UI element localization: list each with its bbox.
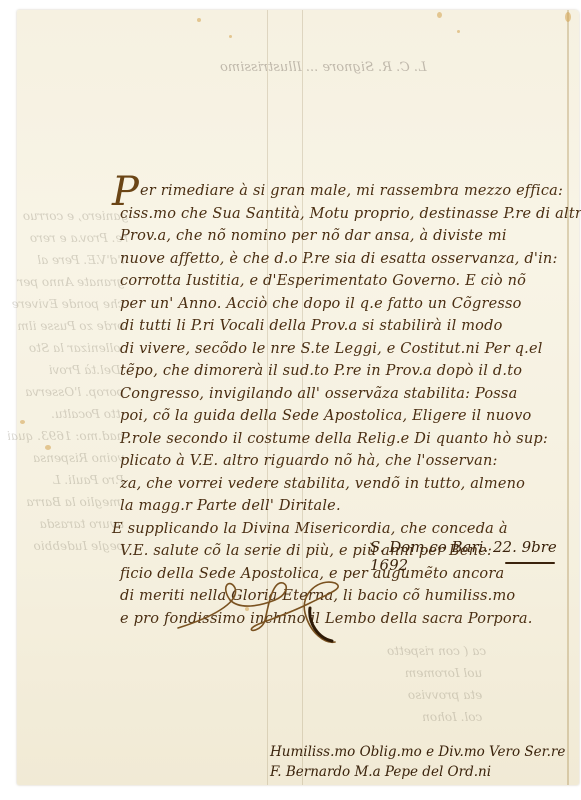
text-line: za, che vorrei vedere stabilita, vendõ i…	[120, 473, 570, 496]
text-line: Prov.a, che nõ nomino per nõ dar ansa, à…	[120, 225, 570, 248]
bleed-through-text: ganiero, e corruo re. Prov.a e rero l'd'…	[7, 205, 128, 557]
text-line: di vivere, secõdo le nre S.te Leggi, e C…	[120, 338, 570, 361]
foxing-spot	[229, 35, 232, 38]
monogram-flourish-icon: A. L. C.	[160, 578, 360, 658]
foxing-spot	[565, 12, 571, 22]
svg-text:A. L. C.: A. L. C.	[160, 578, 164, 579]
foxing-spot	[457, 30, 460, 33]
faint-header: L. C. R. Signore ... Illustrissimo	[220, 60, 427, 75]
foxing-spot	[197, 18, 201, 22]
foxing-spot	[437, 12, 442, 18]
text-line: Congresso, invigilando all' osservãza st…	[120, 383, 570, 406]
text-line: ciss.mo che Sua Santità, Motu proprio, d…	[120, 203, 570, 226]
closing-salutation: Humiliss.mo Oblig.mo e Div.mo Vero Ser.r…	[270, 742, 565, 762]
text-line: E supplicando la Divina Misericordia, ch…	[112, 518, 570, 541]
bleed-through-text: ca ( con rispetto uol Ioromem eta provvi…	[387, 640, 486, 728]
text-line: P.role secondo il costume della Relig.e …	[120, 428, 570, 451]
text-line: nuove affetto, è che d.o P.re sia di esa…	[120, 248, 570, 271]
closing-signature: Humiliss.mo Oblig.mo e Div.mo Vero Ser.r…	[270, 742, 565, 782]
text-line: plicato à V.E. altro riguardo nõ hà, che…	[120, 450, 570, 473]
date-underline	[505, 562, 555, 564]
text-line: di tutti li P.ri Vocali della Prov.a si …	[120, 315, 570, 338]
text-line: corrotta Iustitia, e d'Esperimentato Gov…	[120, 270, 570, 293]
text-line: per un' Anno. Acciò che dopo il q.e fatt…	[120, 293, 570, 316]
text-line: la magg.r Parte dell' Diritale.	[120, 495, 570, 518]
dateline: S. Dom.co Bari. 22. 9bre 1692	[370, 538, 581, 574]
signature-name: F. Bernardo M.a Pepe del Ord.ni	[270, 762, 565, 782]
text-line: er rimediare à si gran male, mi rassembr…	[120, 180, 570, 203]
text-line: poi, cõ la guida della Sede Apostolica, …	[120, 405, 570, 428]
text-line: tẽpo, che dimorerà il sud.to P.re in Pro…	[120, 360, 570, 383]
